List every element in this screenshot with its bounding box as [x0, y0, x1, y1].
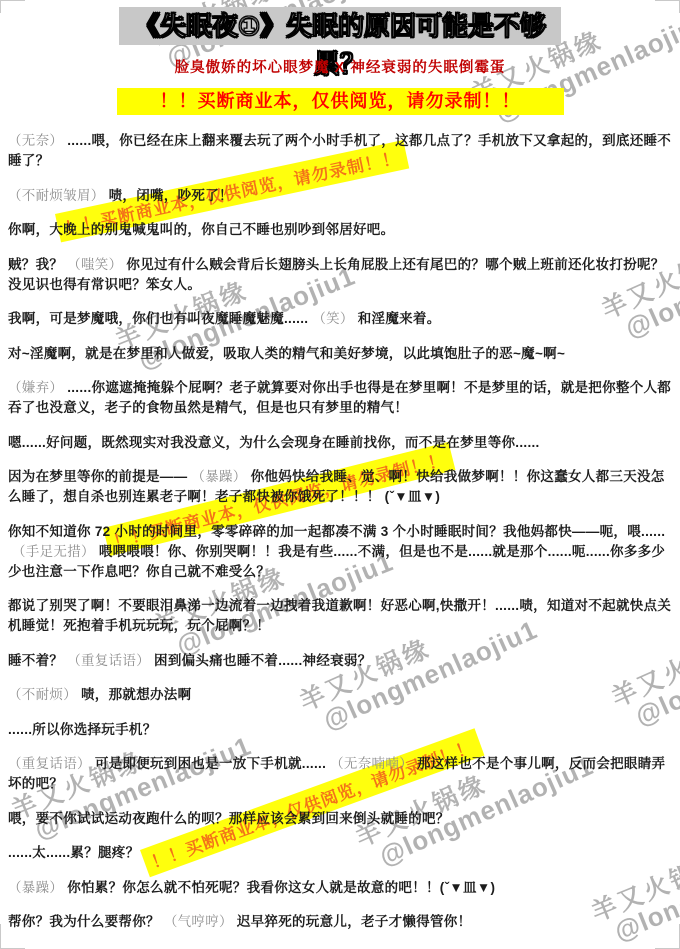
- script-body: （无奈）......喂，你已经在床上翻来覆去玩了两个小时手机了，这都几点了？手机…: [8, 131, 672, 932]
- dialogue-text: 嗯......好问题，既然现实对我没意义，为什么会现身在睡前找你，而不是在梦里等…: [8, 435, 540, 450]
- dialogue-text: 喂，要不你试试运动夜跑什么的呗？那样应该会累到回来倒头就睡的吧？: [8, 811, 450, 826]
- dialogue-text: 喂喂喂喂！你、你别哭啊！！我是有些......不满，但是也不是......就是那…: [8, 544, 665, 579]
- script-document: 《失眠夜①》失眠的原因可能是不够累？ 脸臭傲娇的坏心眼梦魔 X 神经衰弱的失眠倒…: [0, 0, 680, 949]
- dialogue-text: 因为在梦里等你的前提是——: [8, 469, 187, 484]
- dialogue-text: 睡不着？: [8, 653, 63, 668]
- stage-direction: （嗤笑）: [67, 257, 122, 272]
- notice-banner: ！！买断商业本，仅供阅览，请勿录制！！: [117, 88, 564, 115]
- dialogue-text: 迟早猝死的玩意儿，老子才懒得管你！: [237, 914, 472, 929]
- stage-direction: （重复话语）: [8, 756, 91, 771]
- dialogue-text: 困到偏头痛也睡不着......神经衰弱？: [154, 653, 372, 668]
- script-paragraph: （不耐烦皱眉）啧，闭嘴，吵死了！: [8, 186, 672, 206]
- dialogue-text: 都说了别哭了啊！不要眼泪鼻涕一边流着一边拽着我道歉啊！好恶心啊,快撒开！....…: [8, 598, 671, 633]
- script-paragraph: ......所以你选择玩手机？: [8, 720, 672, 740]
- script-paragraph: ......太......累？腿疼？: [8, 843, 672, 863]
- dialogue-text: ......你遮遮掩掩躲个屁啊？老子就算要对你出手也得是在梦里啊！不是梦里的话，…: [8, 380, 671, 415]
- stage-direction: （气哼哼）: [164, 914, 233, 929]
- stage-direction: （无奈）: [8, 133, 63, 148]
- dialogue-text: 我啊，可是梦魔哦，你们也有叫夜魔睡魔魅魔......: [8, 311, 308, 326]
- stage-direction: （笑）: [312, 311, 353, 326]
- script-paragraph: （不耐烦）啧，那就想办法啊: [8, 685, 672, 705]
- dialogue-text: ......所以你选择玩手机？: [8, 722, 157, 737]
- script-paragraph: 你啊，大晚上的别鬼喊鬼叫的，你自己不睡也别吵到邻居好吧。: [8, 220, 672, 240]
- stage-direction: （重复话语）: [67, 653, 150, 668]
- dialogue-text: 啧，那就想办法啊: [81, 687, 191, 702]
- dialogue-text: 可是即便玩到困也是一放下手机就......: [95, 756, 326, 771]
- script-paragraph: 贼？我？（嗤笑）你见过有什么贼会背后长翅膀头上长角屁股上还有尾巴的？哪个贼上班前…: [8, 255, 672, 295]
- dialogue-text: 你啊，大晚上的别鬼喊鬼叫的，你自己不睡也别吵到邻居好吧。: [8, 222, 394, 237]
- dialogue-text: 和淫魔来着。: [358, 311, 441, 326]
- dialogue-text: 帮你？我为什么要帮你？: [8, 914, 160, 929]
- dialogue-text: ......太......累？腿疼？: [8, 845, 139, 860]
- script-paragraph: （重复话语）可是即便玩到困也是一放下手机就......（无奈喃喃）那这样也不是个…: [8, 754, 672, 794]
- script-paragraph: 喂，要不你试试运动夜跑什么的呗？那样应该会累到回来倒头就睡的吧？: [8, 809, 672, 829]
- dialogue-text: 贼？我？: [8, 257, 63, 272]
- script-paragraph: （嫌弃）......你遮遮掩掩躲个屁啊？老子就算要对你出手也得是在梦里啊！不是梦…: [8, 378, 672, 418]
- title-band: 《失眠夜①》失眠的原因可能是不够累？: [119, 7, 561, 45]
- stage-direction: （不耐烦）: [8, 687, 77, 702]
- dialogue-text: 你知不知道你 72 小时的时间里，零零碎碎的加一起都凑不满 3 个小时睡眠时间？…: [8, 524, 665, 539]
- stage-direction: （嫌弃）: [8, 380, 63, 395]
- stage-direction: （不耐烦皱眉）: [8, 188, 105, 203]
- dialogue-text: ......喂，你已经在床上翻来覆去玩了两个小时手机了，这都几点了？手机放下又拿…: [8, 133, 671, 168]
- dialogue-text: 对~淫魔啊，就是在梦里和人做爱，吸取人类的精气和美好梦境，以此填饱肚子的恶~魔~…: [8, 346, 565, 361]
- script-paragraph: 我啊，可是梦魔哦，你们也有叫夜魔睡魔魅魔......（笑）和淫魔来着。: [8, 309, 672, 329]
- stage-direction: （暴躁）: [191, 469, 246, 484]
- script-paragraph: 因为在梦里等你的前提是——（暴躁）你他妈快给我睡、觉、啊！快给我做梦啊！！你这蠢…: [8, 467, 672, 507]
- script-paragraph: （暴躁）你怕累？你怎么就不怕死呢？我看你这女人就是故意的吧！！(ˇ▼皿▼): [8, 878, 672, 898]
- script-paragraph: 嗯......好问题，既然现实对我没意义，为什么会现身在睡前找你，而不是在梦里等…: [8, 433, 672, 453]
- script-paragraph: 帮你？我为什么要帮你？（气哼哼）迟早猝死的玩意儿，老子才懒得管你！: [8, 912, 672, 932]
- script-paragraph: 睡不着？（重复话语）困到偏头痛也睡不着......神经衰弱？: [8, 651, 672, 671]
- page-subtitle: 脸臭傲娇的坏心眼梦魔 X 神经衰弱的失眠倒霉蛋: [8, 56, 672, 77]
- script-paragraph: 对~淫魔啊，就是在梦里和人做爱，吸取人类的精气和美好梦境，以此填饱肚子的恶~魔~…: [8, 344, 672, 364]
- script-paragraph: （无奈）......喂，你已经在床上翻来覆去玩了两个小时手机了，这都几点了？手机…: [8, 131, 672, 171]
- script-paragraph: 都说了别哭了啊！不要眼泪鼻涕一边流着一边拽着我道歉啊！好恶心啊,快撒开！....…: [8, 596, 672, 636]
- stage-direction: （无奈喃喃）: [330, 756, 413, 771]
- script-paragraph: 你知不知道你 72 小时的时间里，零零碎碎的加一起都凑不满 3 个小时睡眠时间？…: [8, 522, 672, 582]
- stage-direction: （暴躁）: [8, 880, 63, 895]
- dialogue-text: 你怕累？你怎么就不怕死呢？我看你这女人就是故意的吧！！(ˇ▼皿▼): [67, 880, 495, 895]
- document-page: { "page": { "title": "《失眠夜①》失眠的原因可能是不够累？…: [0, 0, 680, 949]
- dialogue-text: 啧，闭嘴，吵死了！: [109, 188, 233, 203]
- stage-direction: （手足无措）: [12, 544, 95, 559]
